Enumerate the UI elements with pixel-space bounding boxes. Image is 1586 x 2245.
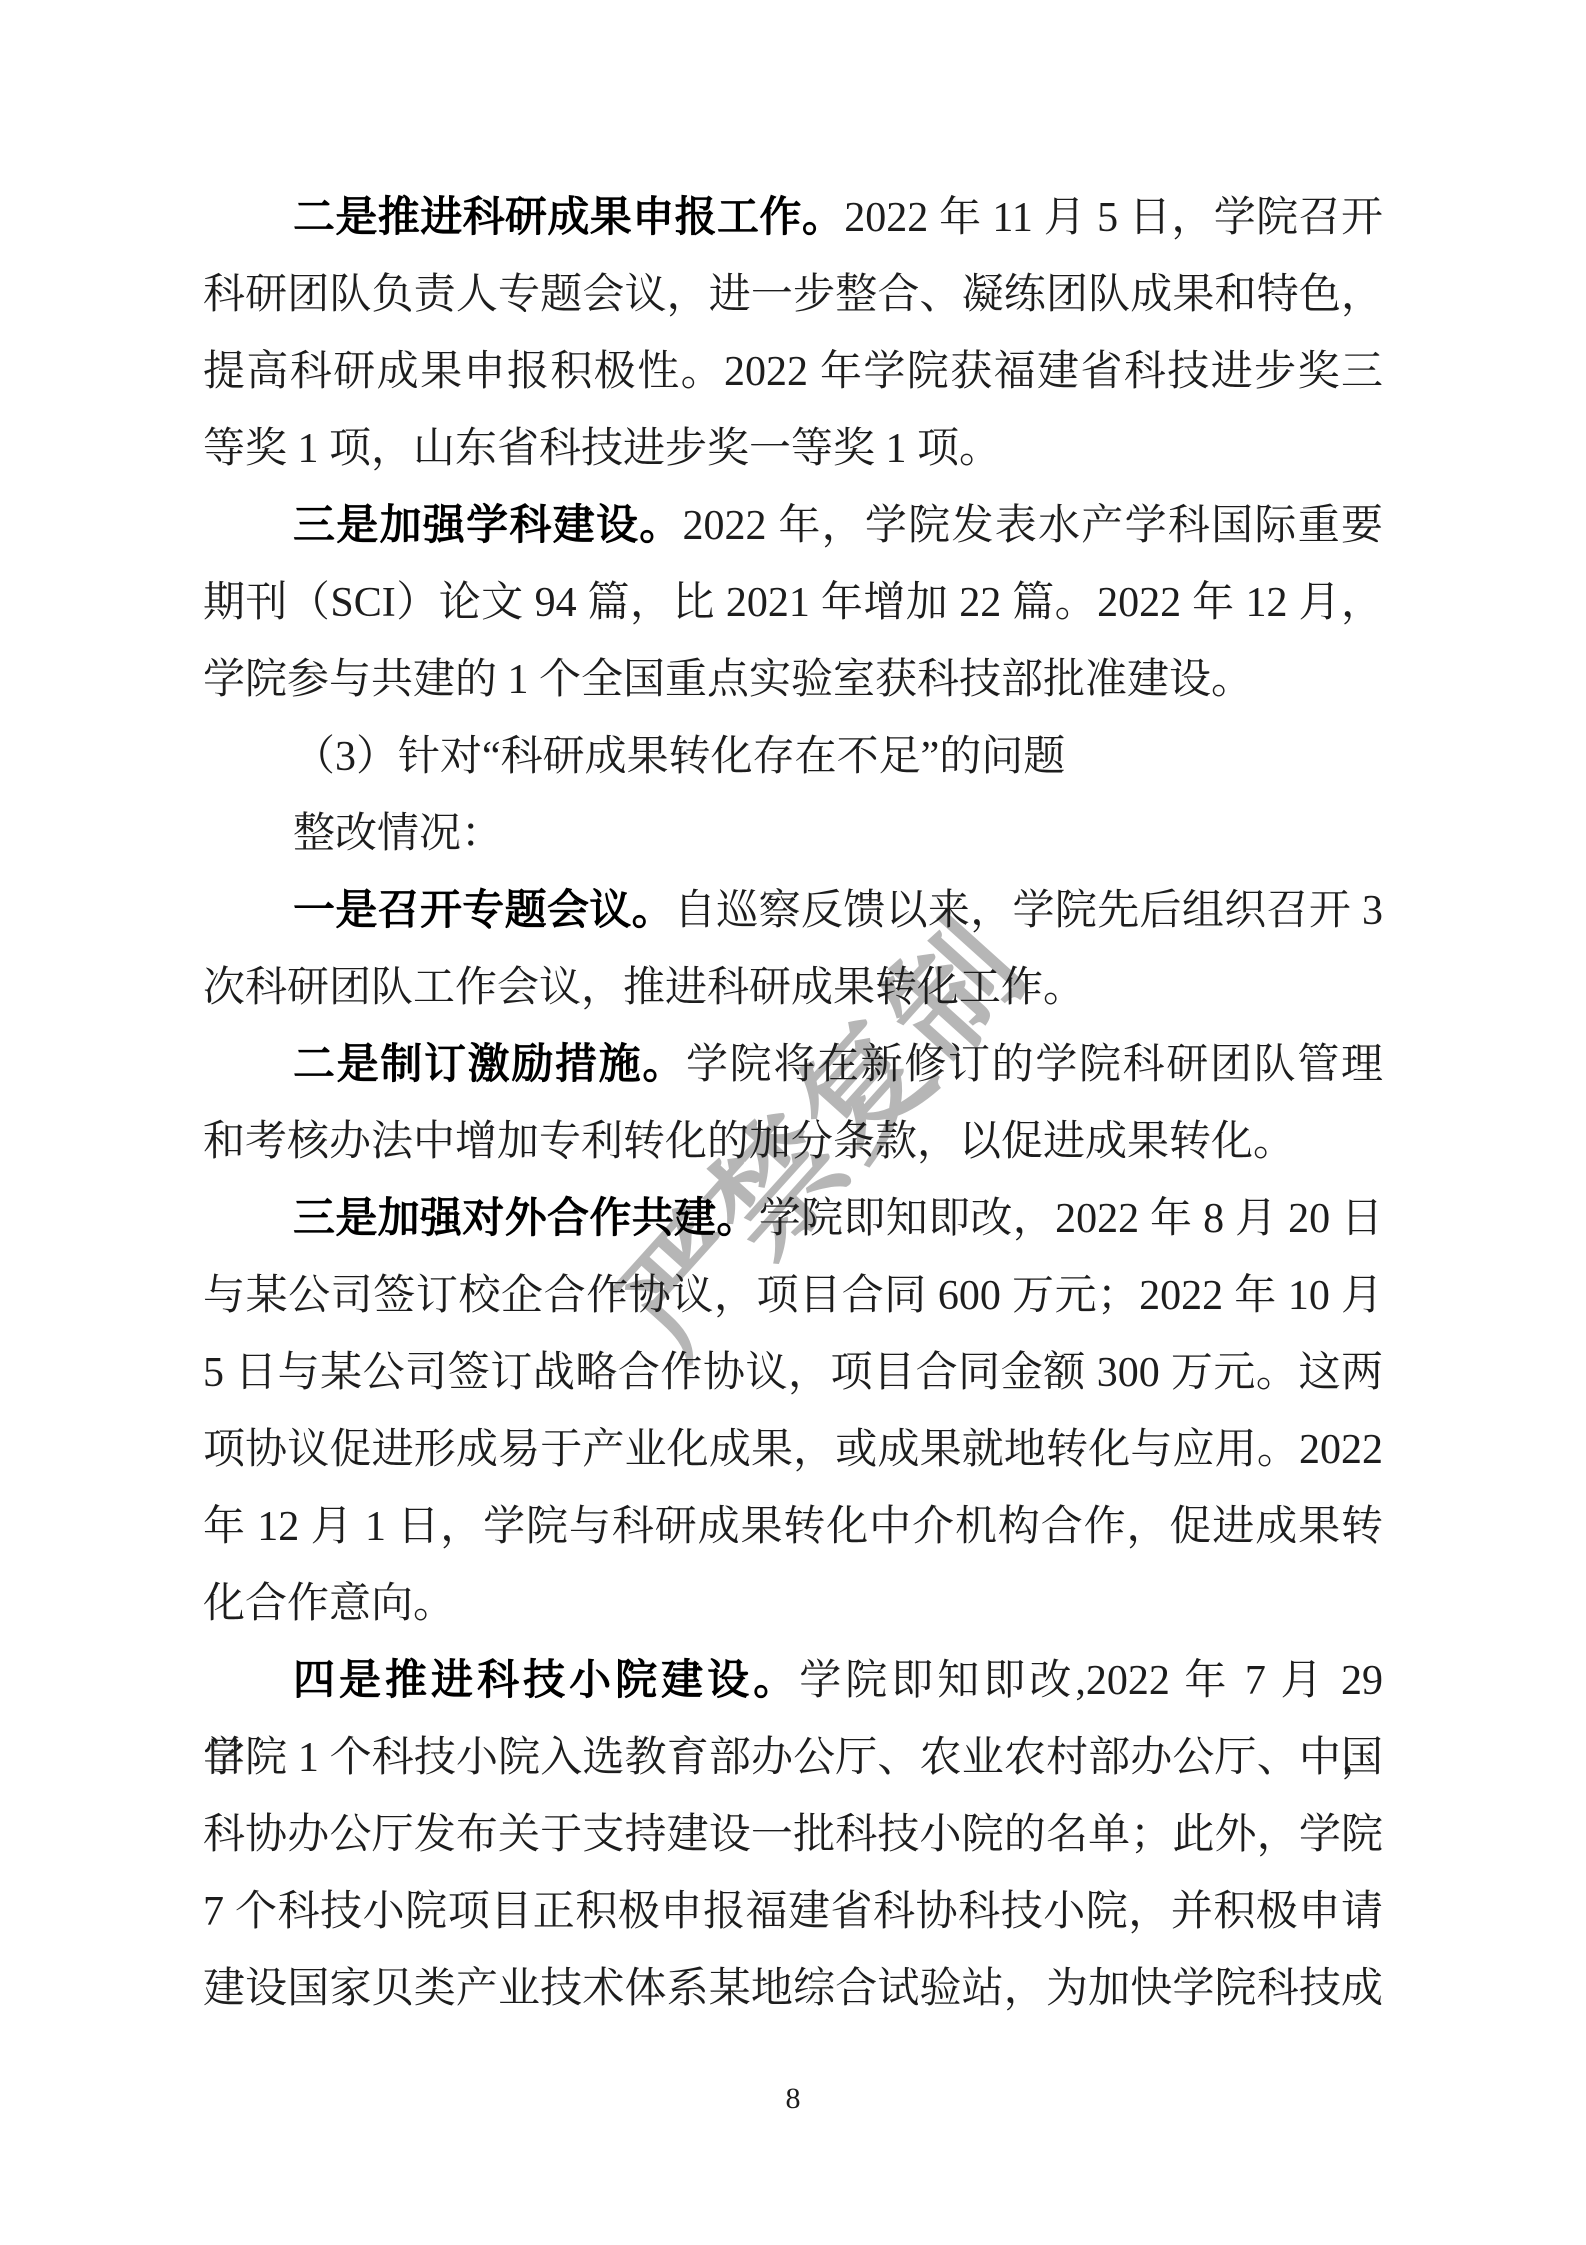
text-line: 提高科研成果申报积极性。2022 年学院获福建省科技进步奖三 [203, 334, 1383, 411]
text-line: 学院 1 个科技小院入选教育部办公厅、农业农村部办公厅、中国 [203, 1720, 1383, 1797]
text-line: 建设国家贝类产业技术体系某地综合试验站，为加快学院科技成 [203, 1951, 1383, 2028]
bold-lead-in: 三是加强学科建设。 [293, 503, 683, 549]
bold-lead-in: 四是推进科技小院建设。 [293, 1658, 799, 1704]
text-line: 化合作意向。 [203, 1566, 1383, 1643]
page-number: 8 [0, 2082, 1586, 2116]
text-line: 年 12 月 1 日，学院与科研成果转化中介机构合作，促进成果转 [203, 1489, 1383, 1566]
text-line: 与某公司签订校企合作协议，项目合同 600 万元；2022 年 10 月 [203, 1258, 1383, 1335]
text-line: 二是推进科研成果申报工作。2022 年 11 月 5 日，学院召开 [203, 180, 1383, 257]
text-line: 学院参与共建的 1 个全国重点实验室获科技部批准建设。 [203, 642, 1383, 719]
bold-lead-in: 一是召开专题会议。 [293, 888, 674, 934]
text-line: 三是加强学科建设。2022 年，学院发表水产学科国际重要 [203, 488, 1383, 565]
bold-lead-in: 二是推进科研成果申报工作。 [293, 195, 844, 241]
text-line: 四是推进科技小院建设。学院即知即改,2022 年 7 月 29 日， [203, 1643, 1383, 1720]
text-line: 二是制订激励措施。学院将在新修订的学院科研团队管理 [203, 1027, 1383, 1104]
text-line: 科协办公厅发布关于支持建设一批科技小院的名单；此外，学院 [203, 1797, 1383, 1874]
text-line: 次科研团队工作会议，推进科研成果转化工作。 [203, 950, 1383, 1027]
text-line: 一是召开专题会议。自巡察反馈以来，学院先后组织召开 3 [203, 873, 1383, 950]
bold-lead-in: 二是制订激励措施。 [293, 1042, 686, 1088]
document-page: 严禁复制 二是推进科研成果申报工作。2022 年 11 月 5 日，学院召开科研… [0, 0, 1586, 2245]
text-line: 整改情况： [203, 796, 1383, 873]
text-line: 三是加强对外合作共建。学院即知即改，2022 年 8 月 20 日 [203, 1181, 1383, 1258]
bold-lead-in: 三是加强对外合作共建。 [293, 1196, 759, 1242]
text-line: （3）针对“科研成果转化存在不足”的问题 [203, 719, 1383, 796]
text-content: 二是推进科研成果申报工作。2022 年 11 月 5 日，学院召开科研团队负责人… [203, 180, 1383, 2028]
text-line: 5 日与某公司签订战略合作协议，项目合同金额 300 万元。这两 [203, 1335, 1383, 1412]
text-line: 7 个科技小院项目正积极申报福建省科协科技小院，并积极申请 [203, 1874, 1383, 1951]
text-line: 项协议促进形成易于产业化成果，或成果就地转化与应用。2022 [203, 1412, 1383, 1489]
text-line: 科研团队负责人专题会议，进一步整合、凝练团队成果和特色， [203, 257, 1383, 334]
text-line: 期刊（SCI）论文 94 篇，比 2021 年增加 22 篇。2022 年 12… [203, 565, 1383, 642]
text-line: 等奖 1 项，山东省科技进步奖一等奖 1 项。 [203, 411, 1383, 488]
text-line: 和考核办法中增加专利转化的加分条款，以促进成果转化。 [203, 1104, 1383, 1181]
